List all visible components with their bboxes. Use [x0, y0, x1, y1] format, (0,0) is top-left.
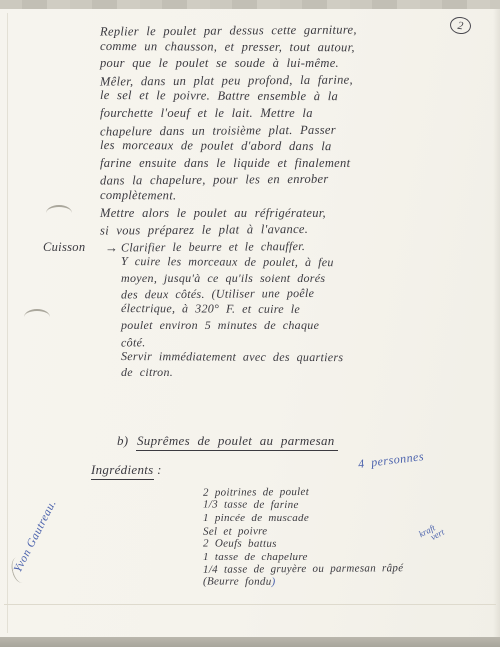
ingredient-item: (Beurre fondu)	[203, 576, 403, 590]
ingredient-item: 1 pincée de muscade	[203, 512, 403, 525]
handwritten-line: fourchette l'oeuf et le lait. Mettre la	[100, 105, 492, 122]
ingredients-label-text: Ingrédients	[91, 462, 154, 480]
servings-annotation: 4 personnes	[357, 449, 425, 472]
brand-annotation: kraft vert	[418, 521, 446, 546]
handwritten-line: le sel et le poivre. Battre ensemble à l…	[100, 87, 492, 106]
ingredients-label: Ingrédients :	[91, 462, 162, 478]
handwritten-line: poulet environ 5 minutes de chaque	[121, 318, 489, 334]
blue-ink-parenthesis: )	[271, 576, 275, 588]
handwritten-line: comme un chausson, et presser, tout auto…	[100, 38, 492, 57]
section-heading: b) Suprêmes de poulet au parmesan	[117, 433, 338, 449]
handwritten-line: Servir immédiatement avec des quartiers	[121, 349, 489, 367]
section-title: Suprêmes de poulet au parmesan	[136, 433, 338, 451]
ingredient-item: 1/3 tasse de farine	[203, 498, 403, 512]
hole-punch-mark	[46, 205, 72, 221]
scanned-recipe-page: 2 Replier le poulet par dessus cette gar…	[0, 0, 500, 647]
paper-left-edge	[7, 13, 8, 633]
ingredient-item-text: (Beurre fondu	[203, 576, 272, 588]
ingredients-list: 2 poitrines de poulet 1/3 tasse de farin…	[203, 486, 403, 589]
handwritten-line: de citron.	[121, 365, 489, 381]
scan-edge-bottom	[0, 637, 500, 647]
section-letter: b)	[117, 433, 128, 448]
hole-punch-mark	[24, 309, 50, 325]
instructions-paragraph: Replier le poulet par dessus cette garni…	[100, 22, 492, 238]
cuisson-paragraph: Clarifier le beurre et le chauffer. Y cu…	[121, 239, 489, 381]
handwritten-line: complètement.	[100, 187, 492, 206]
ingredient-item: Sel et poivre	[203, 524, 403, 538]
ingredients-label-colon: :	[154, 462, 162, 477]
handwritten-line: Y cuire les morceaux de poulet, à feu	[121, 254, 489, 272]
ingredient-item: 2 Oeufs battus	[203, 537, 403, 551]
handwritten-line: électrique, à 320° F. et cuire le	[121, 301, 489, 319]
handwritten-line: côté.	[121, 332, 489, 351]
handwritten-line: farine ensuite dans le liquide et finale…	[100, 155, 492, 172]
handwritten-line: Mettre alors le poulet au réfrigérateur,	[100, 205, 492, 222]
paper-bottom-crease	[4, 604, 496, 605]
handwritten-line: pour que le poulet se soude à lui-même.	[100, 55, 492, 72]
handwritten-line: Replier le poulet par dessus cette garni…	[100, 20, 492, 40]
cuisson-label: Cuisson	[43, 240, 85, 255]
paper-sheet: 2 Replier le poulet par dessus cette gar…	[0, 9, 500, 637]
handwritten-line: les morceaux de poulet d'abord dans la	[100, 137, 492, 156]
ingredient-item: 2 poitrines de poulet	[203, 485, 403, 499]
arrow-icon: →	[105, 240, 118, 256]
handwritten-line: si vous préparez le plat à l'avance.	[100, 220, 492, 240]
paper-right-shadow	[493, 9, 500, 637]
